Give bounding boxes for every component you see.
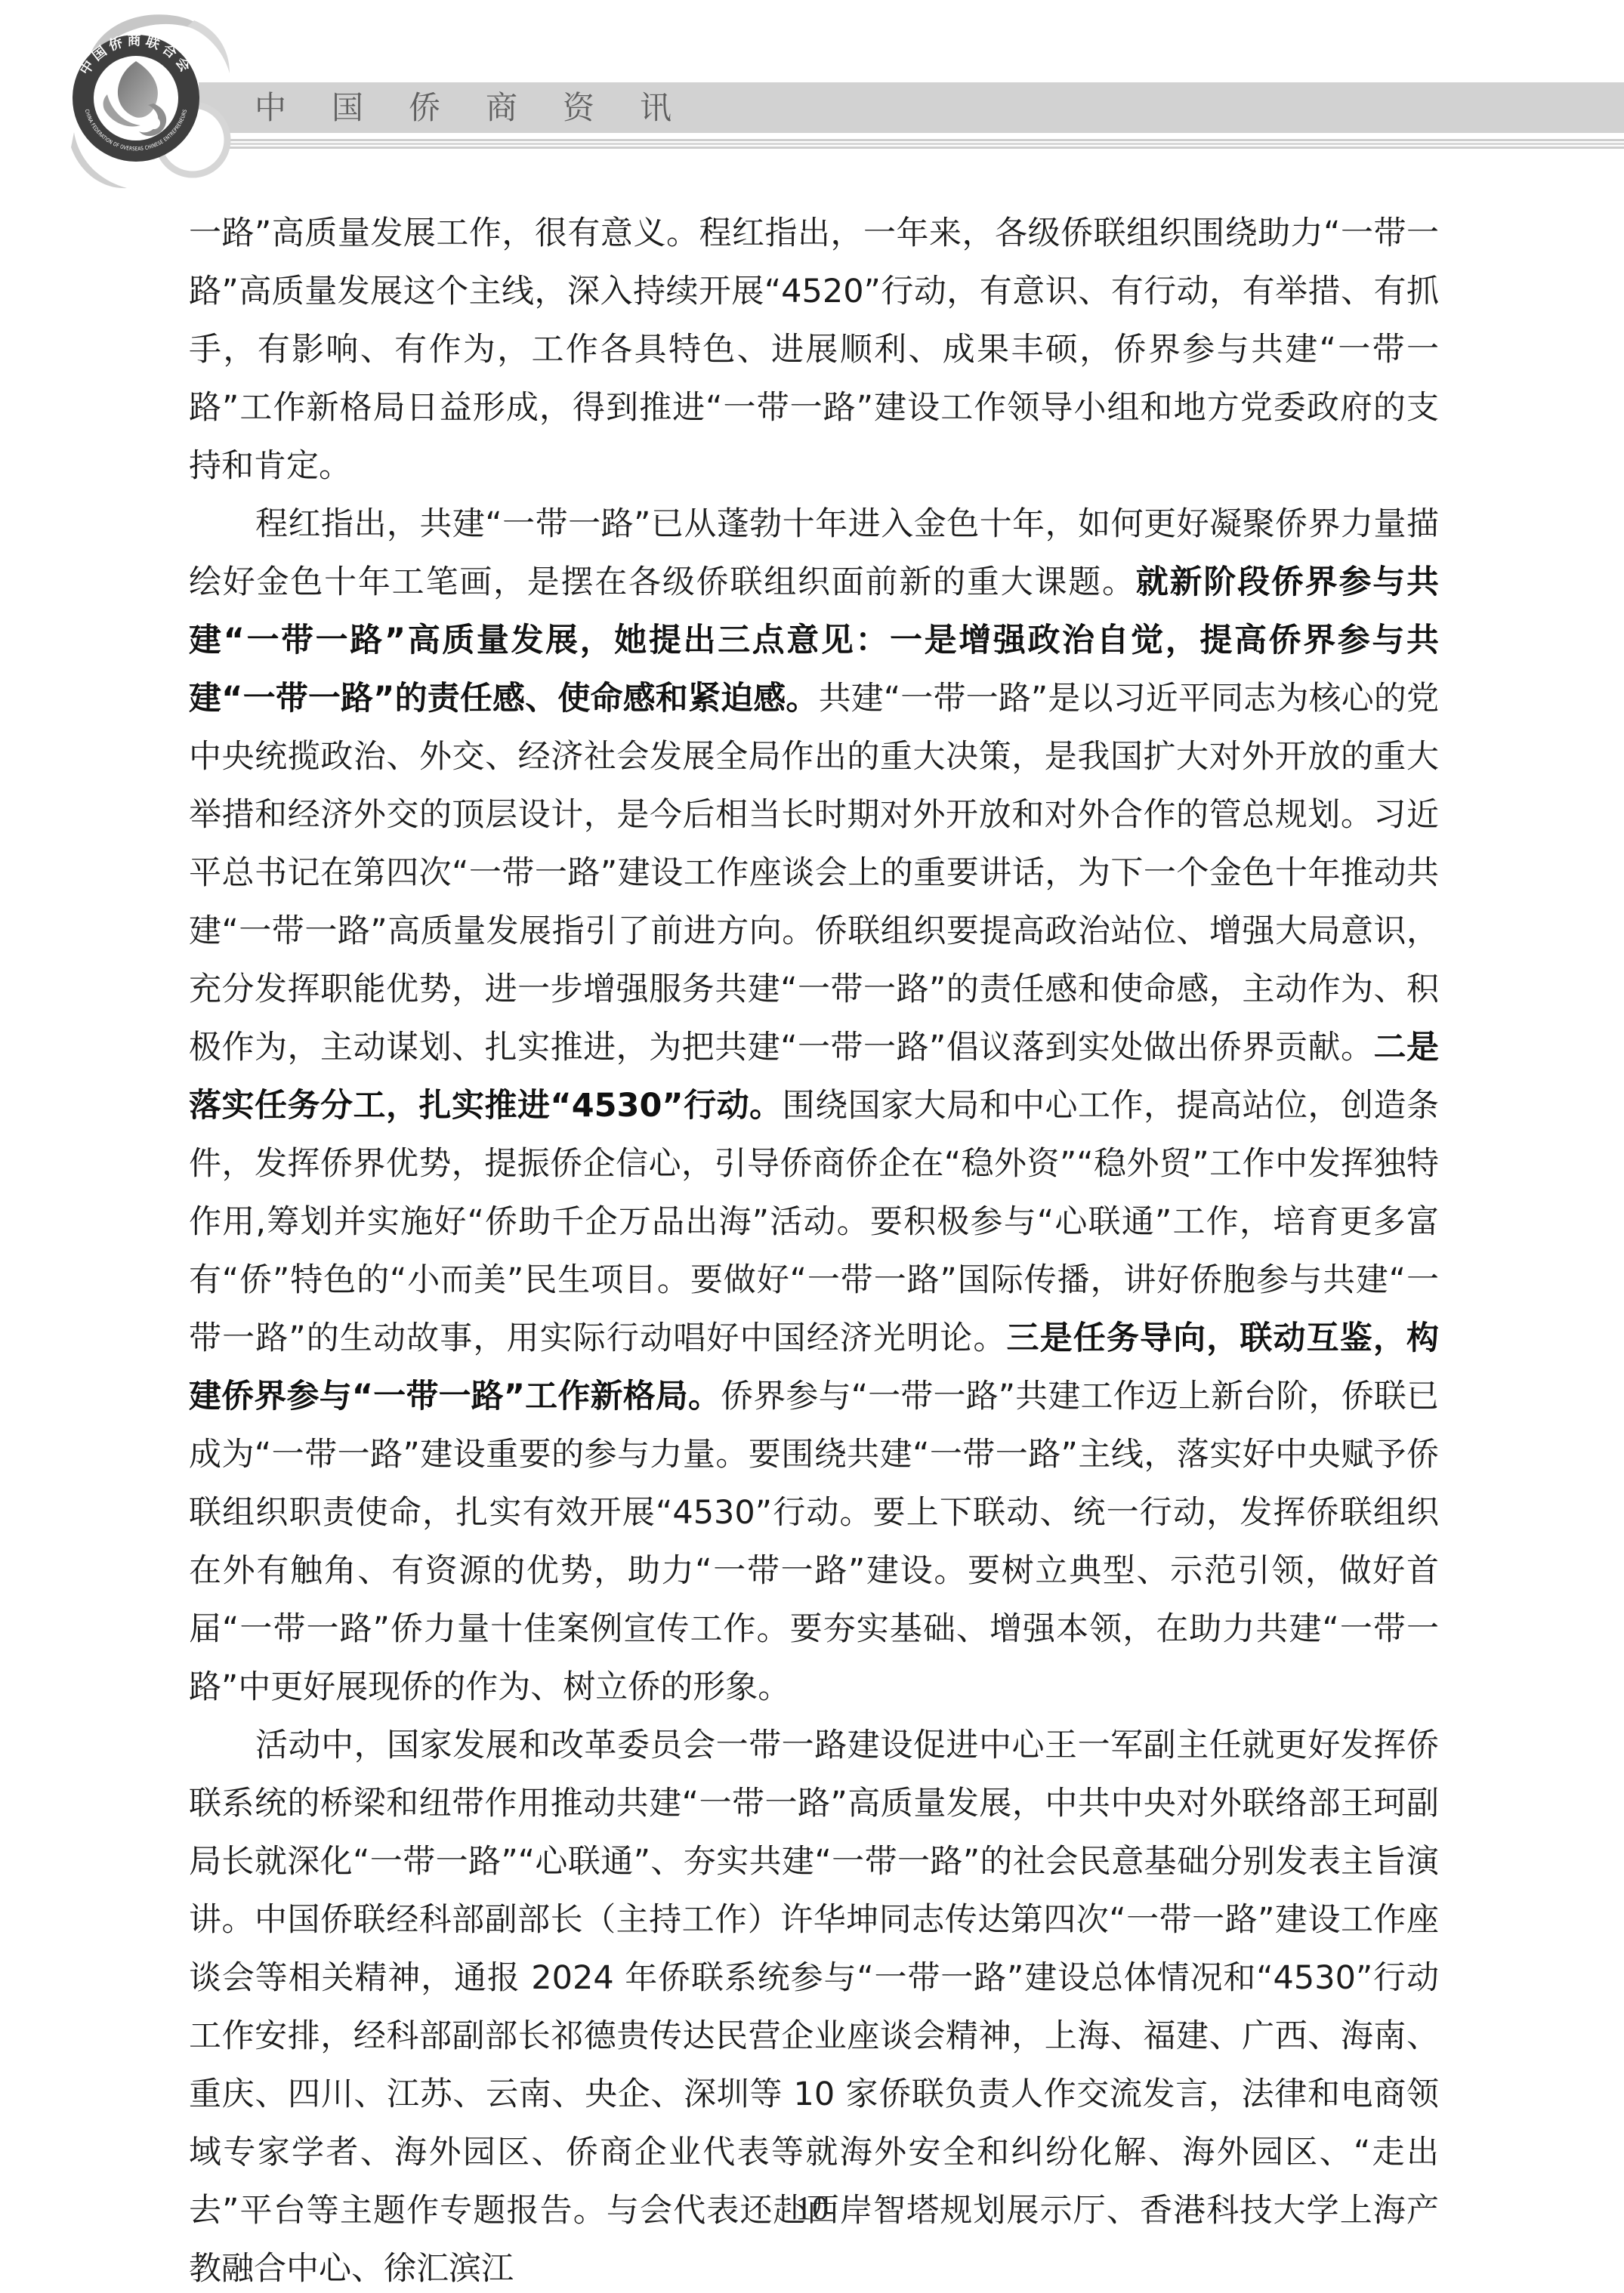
text-run: 共建“一带一路”是以习近平同志为核心的党中央统揽政治、外交、经济社会发展全局作出… [189,680,1439,1066]
masthead-title: 中国侨商资讯 [255,82,717,133]
separator-line [215,139,1624,141]
paragraph: 程红指出，共建“一带一路”已从蓬勃十年进入金色十年，如何更好凝聚侨界力量描绘好金… [189,495,1439,1717]
text-run: 一路”高质量发展工作，很有意义。程红指出，一年来，各级侨联组织围绕助力“一带一路… [189,214,1439,485]
page-number: 10 [0,2189,1624,2227]
separator-lines [215,139,1624,149]
logo-emblem-notch [148,117,160,129]
logo-swoosh-right [187,20,230,73]
paragraph: 一路”高质量发展工作，很有意义。程红指出，一年来，各级侨联组织围绕助力“一带一路… [189,205,1439,495]
text-run: 围绕国家大局和中心工作，提高站位，创造条件，发挥侨界优势，提振侨企信心，引导侨商… [189,1087,1439,1357]
article-body: 一路”高质量发展工作，很有意义。程红指出，一年来，各级侨联组织围绕助力“一带一路… [189,205,1439,2293]
document-page: 中国侨商资讯 中国侨商联合会 CHINA FEDERATION OF OVERS… [0,0,1624,2293]
text-run: 侨界参与“一带一路”共建工作迈上新台阶，侨联已成为“一带一路”建设重要的参与力量… [189,1378,1439,1706]
federation-logo: 中国侨商联合会 CHINA FEDERATION OF OVERSEAS CHI… [39,4,266,194]
separator-line [215,143,1624,145]
separator-line [215,147,1624,149]
